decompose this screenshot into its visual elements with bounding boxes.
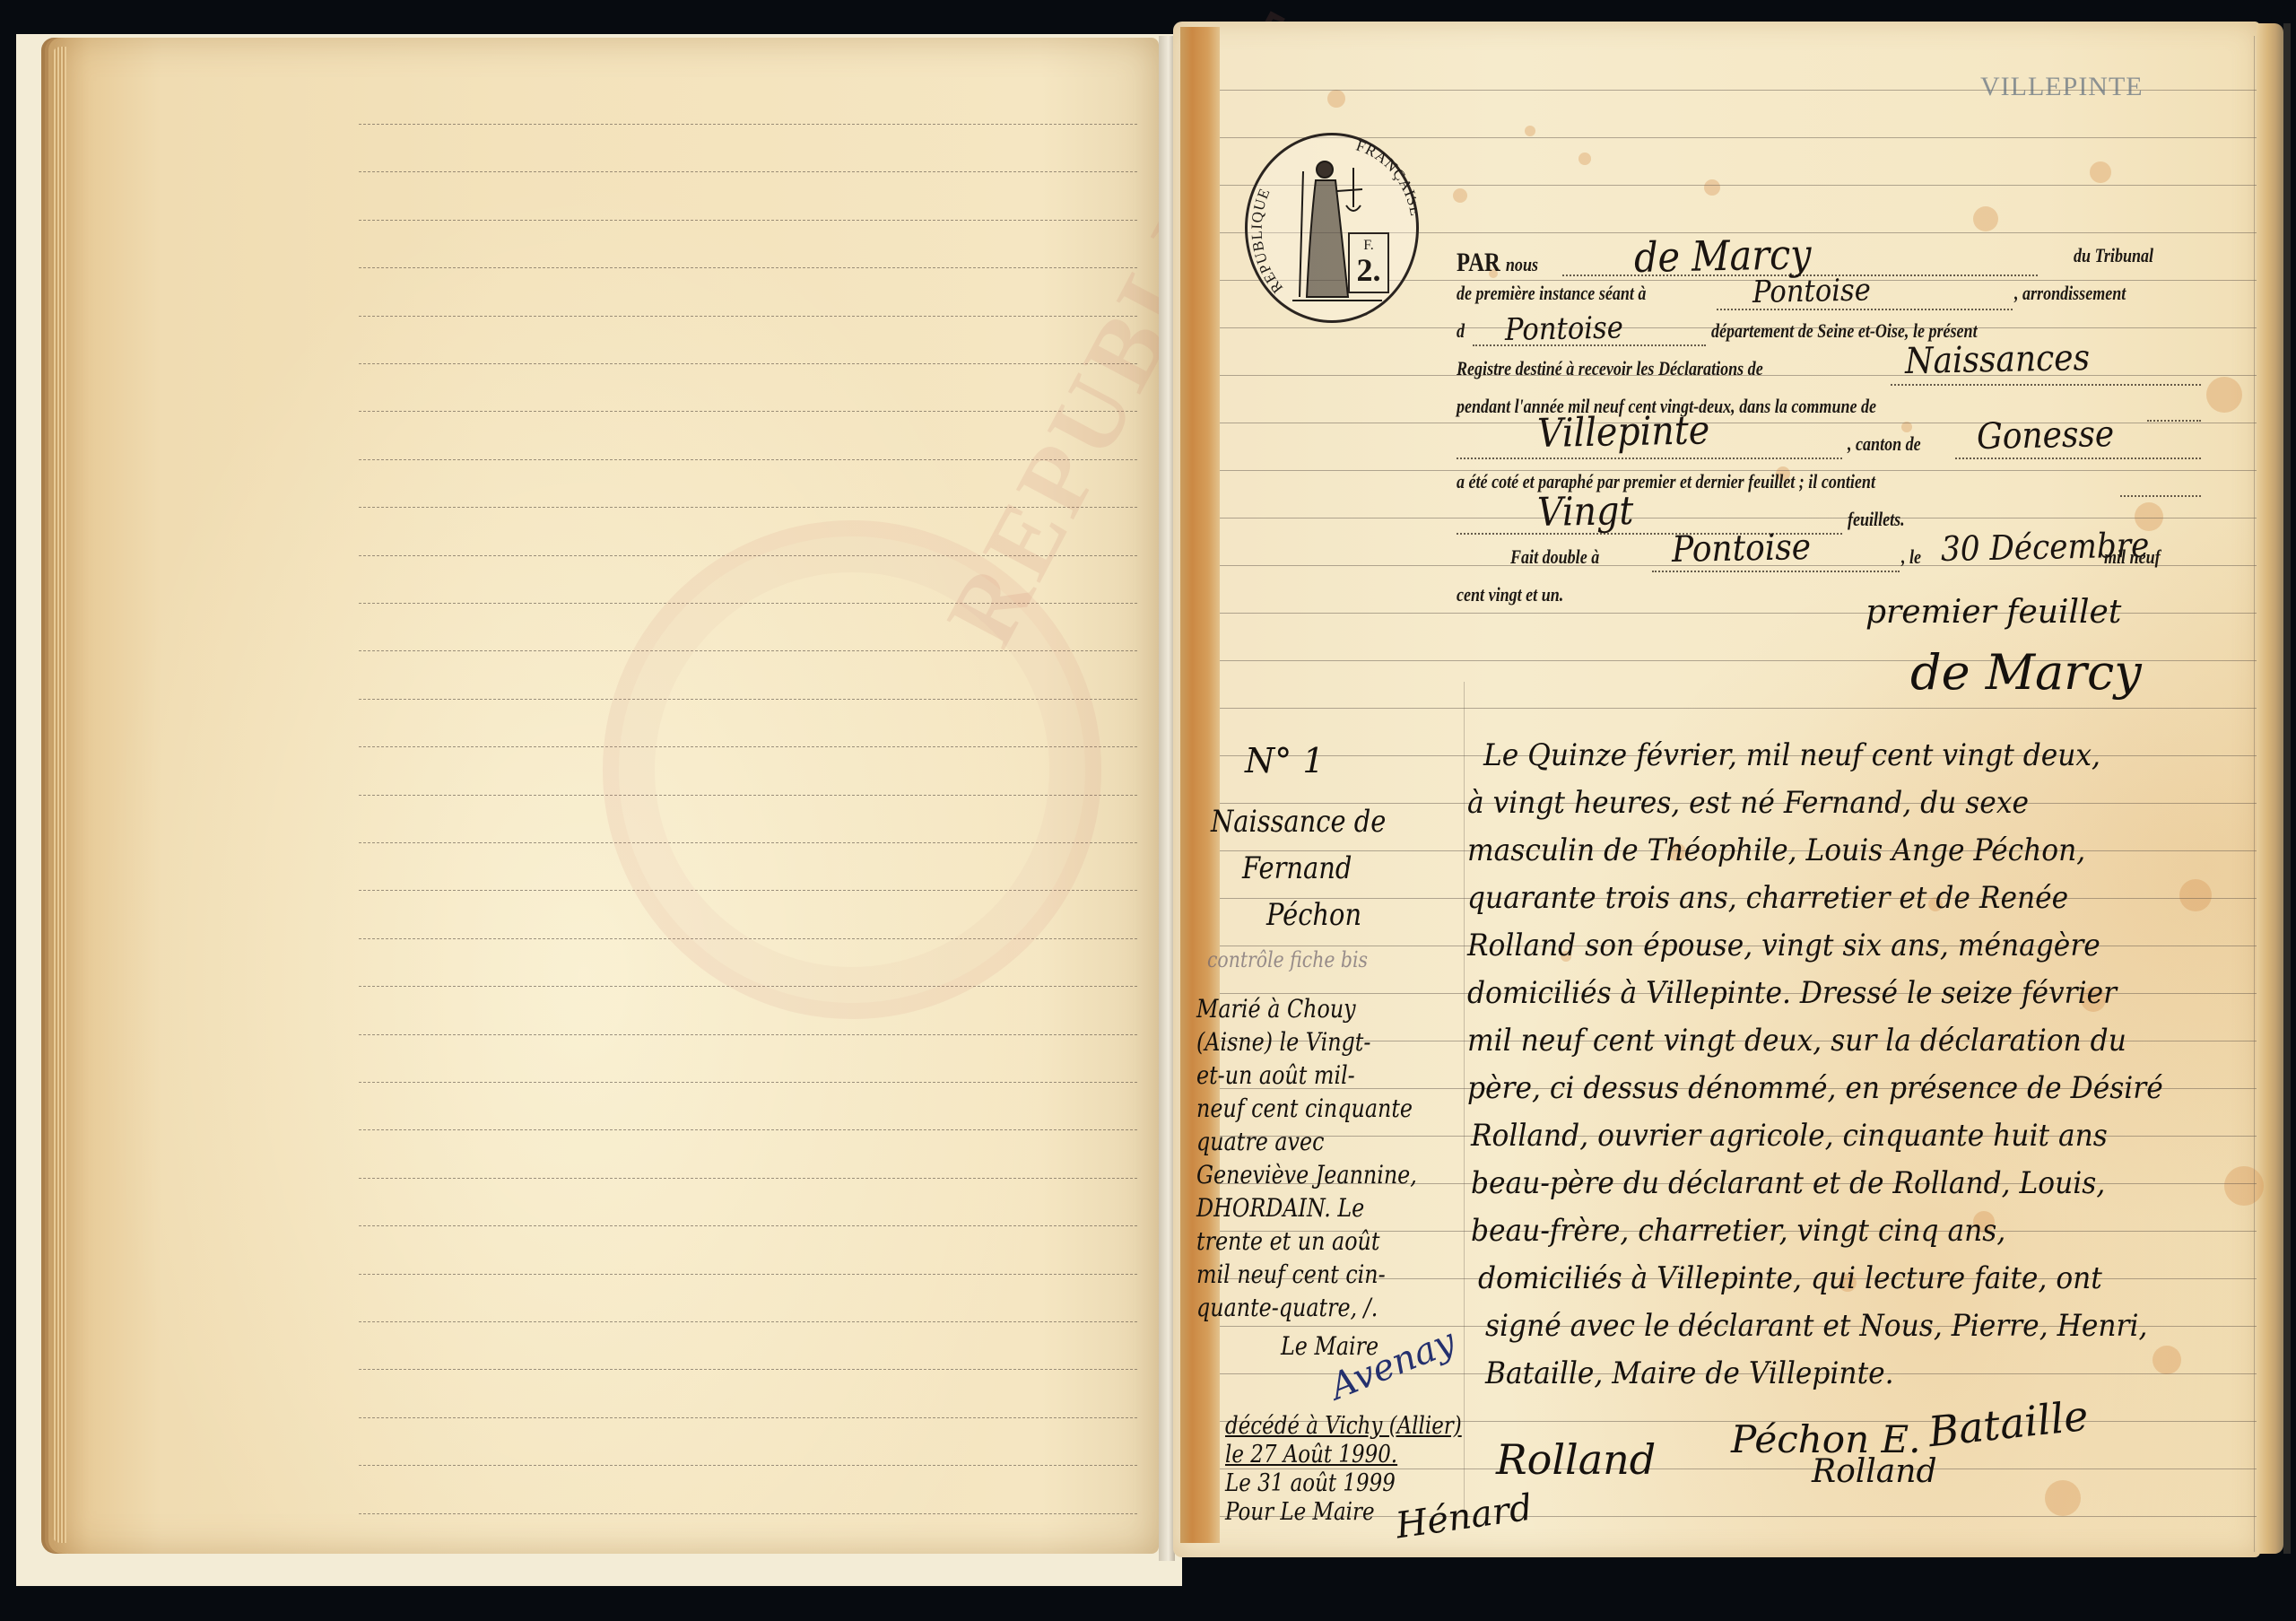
form-line-2: de première instance séant à: [1457, 282, 1646, 305]
ruled-line: [359, 1178, 1137, 1179]
ruled-line: [359, 316, 1137, 317]
entry-body-line: Le Quinze février, mil neuf cent vingt d…: [1483, 737, 2100, 773]
dotted-fill-line: [1891, 384, 2201, 386]
marriage-mention-line: DHORDAIN. Le: [1196, 1193, 1364, 1223]
form-text: du Tribunal: [2074, 244, 2153, 267]
marriage-mention-line: quatre avec: [1196, 1127, 1324, 1156]
entry-body-line: domiciliés à Villepinte, qui lecture fai…: [1478, 1260, 2102, 1296]
signature-rolland-1: Rolland: [1496, 1435, 1656, 1484]
ruled-line: [359, 1082, 1137, 1083]
form-text: mil neuf: [2104, 545, 2161, 569]
ruled-line: [359, 1034, 1137, 1035]
ruled-line: [359, 1513, 1137, 1514]
ruled-line: [359, 1274, 1137, 1275]
entry-body-line: Bataille, Maire de Villepinte.: [1485, 1355, 1894, 1391]
ruled-line: [359, 267, 1137, 268]
svg-text:REPUBLIQUE: REPUBLIQUE: [1248, 186, 1286, 297]
ruled-line: [359, 1417, 1137, 1418]
page-count: Vingt: [1537, 488, 1634, 536]
ruled-line: [359, 1129, 1137, 1130]
arrondissement: Pontoise: [1505, 309, 1623, 348]
marriage-mention-line: trente et un août: [1196, 1226, 1379, 1256]
svg-text:FRANÇAISE: FRANÇAISE: [1354, 137, 1416, 218]
signature-rolland-2: Rolland: [1812, 1453, 1937, 1490]
marriage-mention-line: (Aisne) le Vingt-: [1196, 1027, 1370, 1057]
marriage-mention-line: quante-quatre, /.: [1196, 1293, 1378, 1322]
form-text: , canton de: [1848, 432, 1921, 456]
marriage-mention-line: mil neuf cent cin-: [1196, 1259, 1386, 1289]
judge-signature: de Marcy: [1910, 644, 2142, 701]
entry-body-line: Rolland, ouvrier agricole, cinquante hui…: [1471, 1118, 2108, 1154]
dotted-fill-line: [1457, 458, 1842, 459]
right-margin-rule: [2254, 36, 2255, 1552]
commune-stamp: VILLEPINTE: [1980, 72, 2144, 102]
entry-body-line: Rolland son épouse, vingt six ans, ménag…: [1467, 928, 2100, 963]
marriage-mention-line: neuf cent cinquante: [1196, 1094, 1413, 1123]
form-line-10: cent vingt et un.: [1457, 583, 1563, 606]
marriage-mention-line: Marié à Chouy: [1196, 994, 1356, 1024]
ruled-line: [1220, 708, 2257, 709]
page-edge-stack: [52, 47, 66, 1543]
republique-francaise-seal-icon: REPUBLIQUE FRANÇAISE F. 2.: [1245, 133, 1419, 323]
entry-body-line: beau-frère, charretier, vingt cinq ans,: [1471, 1213, 2005, 1249]
commune-name: Villepinte: [1537, 407, 1710, 457]
form-text: feuillets.: [1848, 508, 1905, 531]
entry-number: N° 1: [1245, 741, 1325, 780]
right-page-edge: [2257, 23, 2283, 1554]
margin-rule: [1464, 682, 1465, 1525]
form-line-1: PAR nous: [1457, 248, 1538, 278]
ruled-line: [1220, 1516, 2257, 1517]
death-mention-line: Le 31 août 1999: [1225, 1469, 1396, 1497]
entry-body-line: beau-père du déclarant et de Rolland, Lo…: [1471, 1165, 2105, 1201]
dotted-fill-line: [2147, 420, 2201, 422]
entry-body-line: domiciliés à Villepinte. Dressé le seize…: [1467, 975, 2117, 1011]
entry-body-line: père, ci dessus dénommé, en présence de …: [1467, 1070, 2163, 1106]
ruled-line: [359, 1321, 1137, 1322]
form-line-4: Registre destiné à recevoir les Déclarat…: [1457, 357, 1763, 380]
ruled-line: [1220, 518, 2257, 519]
death-mention-line: Pour Le Maire: [1225, 1498, 1375, 1526]
dotted-fill-line: [1652, 571, 1900, 572]
margin-title-line: Péchon: [1266, 897, 1361, 933]
pencil-note: contrôle fiche bis: [1207, 947, 1368, 972]
margin-title-line: Naissance de: [1211, 804, 1386, 840]
premier-feuillet-annotation: premier feuillet: [1865, 594, 2121, 631]
ruled-line: [359, 1465, 1137, 1466]
ruled-line: [359, 363, 1137, 364]
signed-city: Pontoise: [1672, 527, 1812, 571]
margin-title-line: Fernand: [1242, 850, 1352, 886]
ruled-line: [359, 1369, 1137, 1370]
form-text: , le: [1901, 545, 1921, 569]
seal-legend-icon: REPUBLIQUE FRANÇAISE: [1248, 135, 1416, 320]
ruled-line: [359, 124, 1137, 125]
marriage-mention-line: Geneviève Jeannine,: [1196, 1160, 1417, 1190]
register-type: Naissances: [1905, 337, 2091, 382]
ruled-line: [359, 411, 1137, 412]
dotted-fill-line: [1955, 458, 2201, 459]
ruled-line: [359, 171, 1137, 172]
form-line-3: d: [1457, 319, 1465, 343]
canton-name: Gonesse: [1977, 414, 2115, 458]
death-mention-line: décédé à Vichy (Allier): [1225, 1412, 1462, 1440]
entry-body-line: masculin de Théophile, Louis Ange Péchon…: [1467, 832, 2085, 868]
marriage-mention-line: et-un août mil-: [1196, 1060, 1355, 1090]
ruled-line: [359, 1225, 1137, 1226]
form-text: département de Seine et-Oise, le présent: [1711, 319, 1978, 343]
entry-body-line: mil neuf cent vingt deux, sur la déclara…: [1467, 1023, 2126, 1059]
entry-body-line: à vingt heures, est né Fernand, du sexe: [1467, 785, 2029, 821]
seal-stamp-value: F. 2.: [1348, 232, 1389, 293]
death-mention-line: le 27 Août 1990.: [1225, 1441, 1397, 1468]
entry-body-line: quarante trois ans, charretier et de Ren…: [1467, 880, 2068, 916]
form-line-7: a été coté et paraphé par premier et der…: [1457, 470, 1875, 493]
entry-body-line: signé avec le déclarant et Nous, Pierre,…: [1485, 1308, 2147, 1344]
tribunal-city: Pontoise: [1752, 272, 1871, 310]
form-line-9: Fait double à: [1510, 545, 1599, 569]
dotted-fill-line: [2120, 495, 2201, 497]
ruled-line: [359, 220, 1137, 221]
form-text: , arrondissement: [2014, 282, 2126, 305]
